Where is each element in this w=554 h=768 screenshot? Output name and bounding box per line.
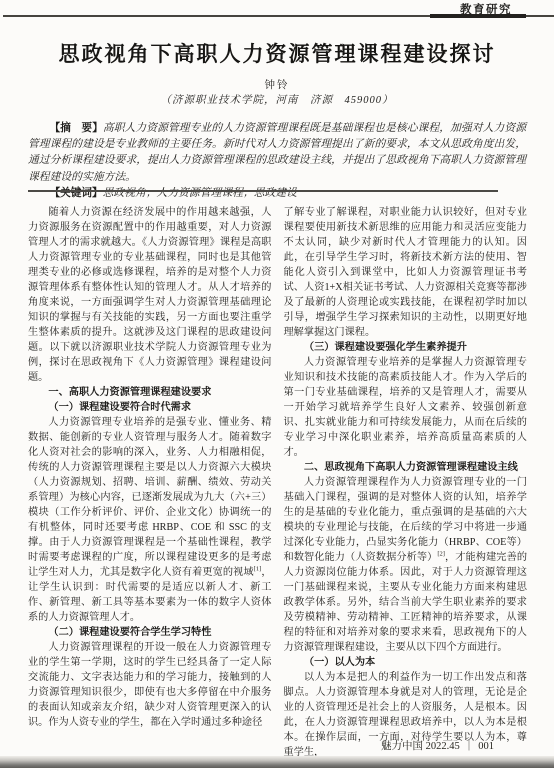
column-left: 随着人力资源在经济发展中的作用越来越强，人力资源服务在资源配置中的作用越重要，对… (28, 205, 272, 760)
abstract-paragraph: 【摘 要】高职人力资源管理专业的人力资源管理课程既是基础课程也是核心课程，加强对… (28, 120, 526, 185)
keywords-paragraph: 【关键词】思政视角；人力资源管理课程；思政建设 (28, 185, 526, 201)
journal-name: 魅力中国 (381, 741, 423, 752)
body-paragraph: 随着人力资源在经济发展中的作用越来越强，人力资源服务在资源配置中的作用越重要，对… (28, 205, 272, 385)
sub-heading: （一）课程建设要符合时代需求 (28, 400, 272, 415)
body-paragraph: 人力资源管理专业培养的是强专业、懂业务、精数据、能创新的专业人资管理与服务人才。… (28, 415, 272, 625)
document-page: 教育研究 思政视角下高职人力资源管理课程建设探讨 钟铃 （济源职业技术学院，河南… (0, 0, 554, 768)
abstract-text: 高职人力资源管理专业的人力资源管理课程既是基础课程也是核心课程，加强对人力资源管… (28, 122, 526, 183)
citation-ref: [1] (254, 566, 262, 573)
scan-edge-bar (0, 756, 554, 768)
sub-heading: （一）以人为本 (284, 655, 528, 670)
body-paragraph: 了解专业了解课程，对职业能力认识较好，但对专业课程要使用新技术新思维的应用能力和… (284, 205, 528, 340)
page-footer: 魅力中国 2022.45｜001 (381, 738, 494, 753)
citation-ref: [2] (437, 551, 445, 558)
abstract-label: 【摘 要】 (50, 122, 103, 134)
article-affiliation: （济源职业技术学院，河南 济源 459000） (0, 92, 554, 107)
keywords-label: 【关键词】 (50, 187, 103, 199)
body-paragraph: 人力资源管理课程的开设一般在人力资源管理专业的学生第一学期，这时的学生已经具备了… (28, 640, 272, 730)
column-right: 了解专业了解课程，对职业能力认识较好，但对专业课程要使用新技术新思维的应用能力和… (284, 205, 528, 760)
abstract-block: 【摘 要】高职人力资源管理专业的人力资源管理课程既是基础课程也是核心课程，加强对… (28, 120, 526, 201)
body-paragraph: 人力资源管理专业培养的是掌握人力资源管理专业知识和技术技能的高素质技能人才。作为… (284, 355, 528, 460)
header-rule-accent (430, 14, 526, 18)
article-author: 钟铃 (0, 77, 554, 92)
page-number: 001 (478, 741, 494, 752)
section-heading: 一、高职人力资源管理课程建设要求 (28, 385, 272, 400)
body-columns: 随着人力资源在经济发展中的作用越来越强，人力资源服务在资源配置中的作用越重要，对… (28, 205, 527, 760)
footer-separator: ｜ (460, 741, 479, 752)
sub-heading: （二）课程建设要符合学生学习特性 (28, 625, 272, 640)
keywords-text: 思政视角；人力资源管理课程；思政建设 (103, 187, 297, 199)
body-paragraph: 人力资源管理课程作为人力资源管理专业的一门基础入门课程，强调的是对整体人资的认知… (284, 475, 528, 655)
issue-number: 2022.45 (426, 741, 460, 752)
abstract-divider-rule (28, 190, 498, 192)
section-heading: 二、思政视角下高职人力资源管理课程建设主线 (284, 460, 528, 475)
article-title: 思政视角下高职人力资源管理课程建设探讨 (0, 38, 554, 68)
sub-heading: （三）课程建设要强化学生素养提升 (284, 340, 528, 355)
